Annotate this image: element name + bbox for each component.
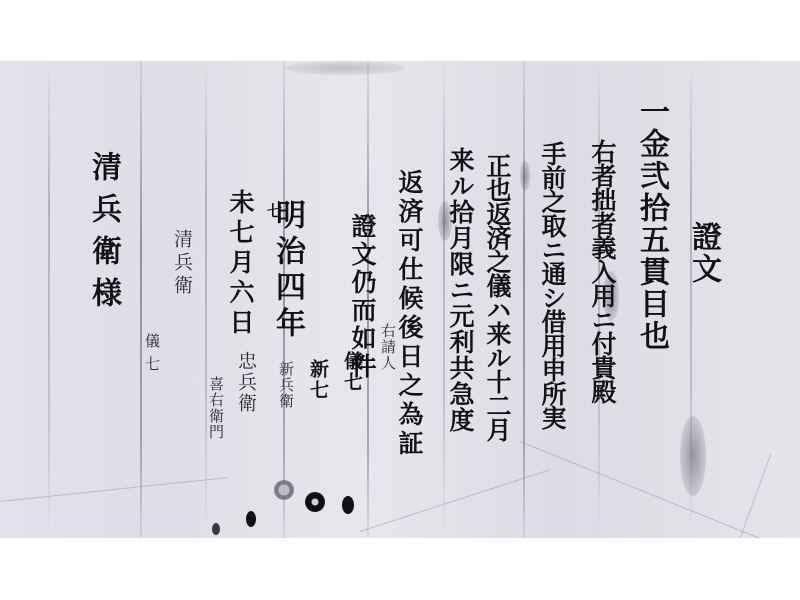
- signer-name-2: 新兵衛: [278, 361, 293, 409]
- guarantor-label: 右請人: [380, 323, 395, 371]
- sender-name: 清兵衛: [172, 229, 191, 298]
- ink-smudge: [520, 161, 530, 191]
- date-annotation: 七: [266, 203, 281, 219]
- sender-sub-name: 儀七: [144, 333, 159, 379]
- seal-stamp-partial: [246, 511, 256, 527]
- fold-crease: [48, 61, 50, 538]
- fold-crease: [140, 61, 142, 538]
- text-column-1: 一金弐拾五貫目也: [636, 96, 666, 352]
- text-column-3: 手前之取ニ通シ借用申所実: [540, 141, 565, 429]
- text-column-2: 右者拙者義入用ニ付貴殿: [590, 139, 615, 403]
- seal-stamp: [305, 492, 325, 512]
- fold-crease: [205, 61, 207, 538]
- addressee-name: 清兵衛様: [88, 151, 118, 319]
- stain: [285, 61, 405, 75]
- diagonal-crease: [740, 454, 772, 538]
- month-day-date: 未七月六日: [228, 189, 253, 339]
- guarantor-name: 儀七: [342, 351, 361, 393]
- text-column-4: 正也返済之儀ハ来ル十二月: [485, 153, 510, 441]
- fold-crease: [523, 61, 525, 538]
- era-date: 明治四年: [272, 199, 302, 343]
- document-paper: 證文 一金弐拾五貫目也 右者拙者義入用ニ付貴殿 手前之取ニ通シ借用申所実 正也返…: [0, 61, 800, 538]
- fold-crease: [443, 61, 445, 538]
- signer-name-3: 忠兵衛: [236, 351, 255, 414]
- seal-stamp-partial: [342, 496, 354, 514]
- diagonal-crease: [360, 469, 551, 532]
- seal-stamp-partial: [212, 523, 220, 535]
- ink-smudge: [680, 416, 706, 496]
- diagonal-crease: [520, 441, 761, 538]
- text-column-6: 返済可仕候後日之為証: [397, 169, 422, 459]
- borrower-name: 新七: [308, 359, 327, 401]
- signer-name-4: 喜右衛門: [208, 376, 223, 440]
- document-title: 證文: [688, 221, 718, 285]
- text-column-5: 来ル拾月限ニ元利共急度: [448, 147, 473, 433]
- seal-stamp: [274, 480, 294, 500]
- diagonal-crease: [0, 477, 229, 502]
